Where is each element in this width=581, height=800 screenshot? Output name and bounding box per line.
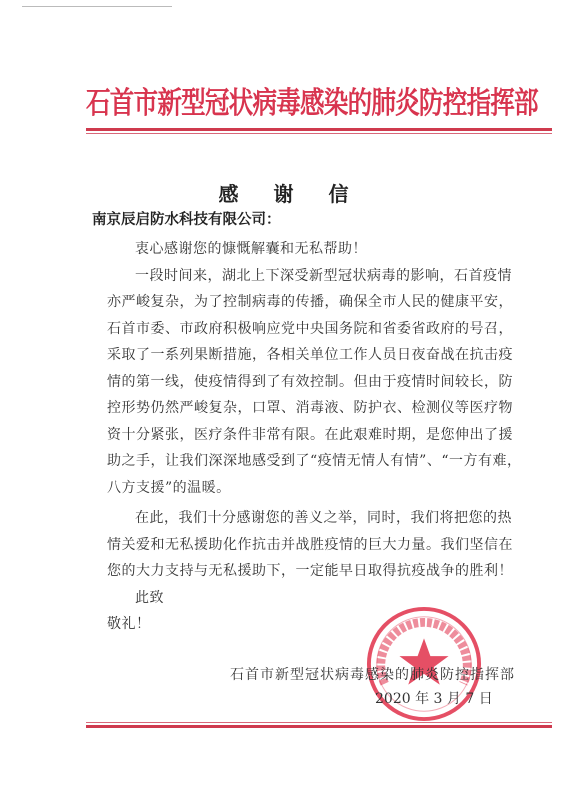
- body-line: 采取了一系列果断措施，各相关单位工作人员日夜奋战在抗击疫: [107, 342, 507, 369]
- body-line: 控形势仍然严峻复杂，口罩、消毒液、防护衣、检测仪等医疗物: [107, 395, 507, 422]
- letterhead-rule-thin: [86, 133, 552, 134]
- body-line: 衷心感谢您的慷慨解囊和无私帮助！: [107, 236, 507, 263]
- footer-rule: [86, 725, 552, 728]
- letter-title: 感 谢 信: [0, 178, 581, 207]
- body-line: 助之手，让我们深深地感受到了“疫情无情人有情”、“一方有难，: [107, 448, 507, 475]
- letter-body: 衷心感谢您的慷慨解囊和无私帮助！ 一段时间来，湖北上下深受新型冠状病毒的影响，石…: [107, 236, 507, 638]
- body-line: 石首市委、市政府积极响应党中央国务院和省委省政府的号召，: [107, 316, 507, 343]
- footer-rule-thin: [86, 722, 552, 723]
- body-line: 在此，我们十分感谢您的善义之举，同时，我们将把您的热: [107, 505, 507, 532]
- recipient: 南京辰启防水科技有限公司：: [92, 208, 281, 229]
- letterhead-rule: [86, 128, 552, 131]
- letterhead-title: 石首市新型冠状病毒感染的肺炎防控指挥部: [86, 78, 463, 122]
- body-line: 情的第一线，使疫情得到了有效控制。但由于疫情时间较长，防: [107, 369, 507, 396]
- body-line: 八方支援”的温暖。: [107, 475, 507, 502]
- body-line: 亦严峻复杂，为了控制病毒的传播，确保全市人民的健康平安，: [107, 289, 507, 316]
- body-line: 情关爱和无私援助化作抗击并战胜疫情的巨大力量。我们坚信在: [107, 532, 507, 559]
- body-line: 一段时间来，湖北上下深受新型冠状病毒的影响，石首疫情: [107, 263, 507, 290]
- body-line: 资十分紧张，医疗条件非常有限。在此艰难时期，是您伸出了援: [107, 422, 507, 449]
- body-line: 您的大力支持与无私援助下，一定能早日取得抗疫战争的胜利！: [107, 558, 507, 585]
- date: 2020 年 3 月 7 日: [375, 688, 493, 708]
- scan-edge: [22, 6, 172, 7]
- signer: 石首市新型冠状病毒感染的肺炎防控指挥部: [230, 664, 515, 684]
